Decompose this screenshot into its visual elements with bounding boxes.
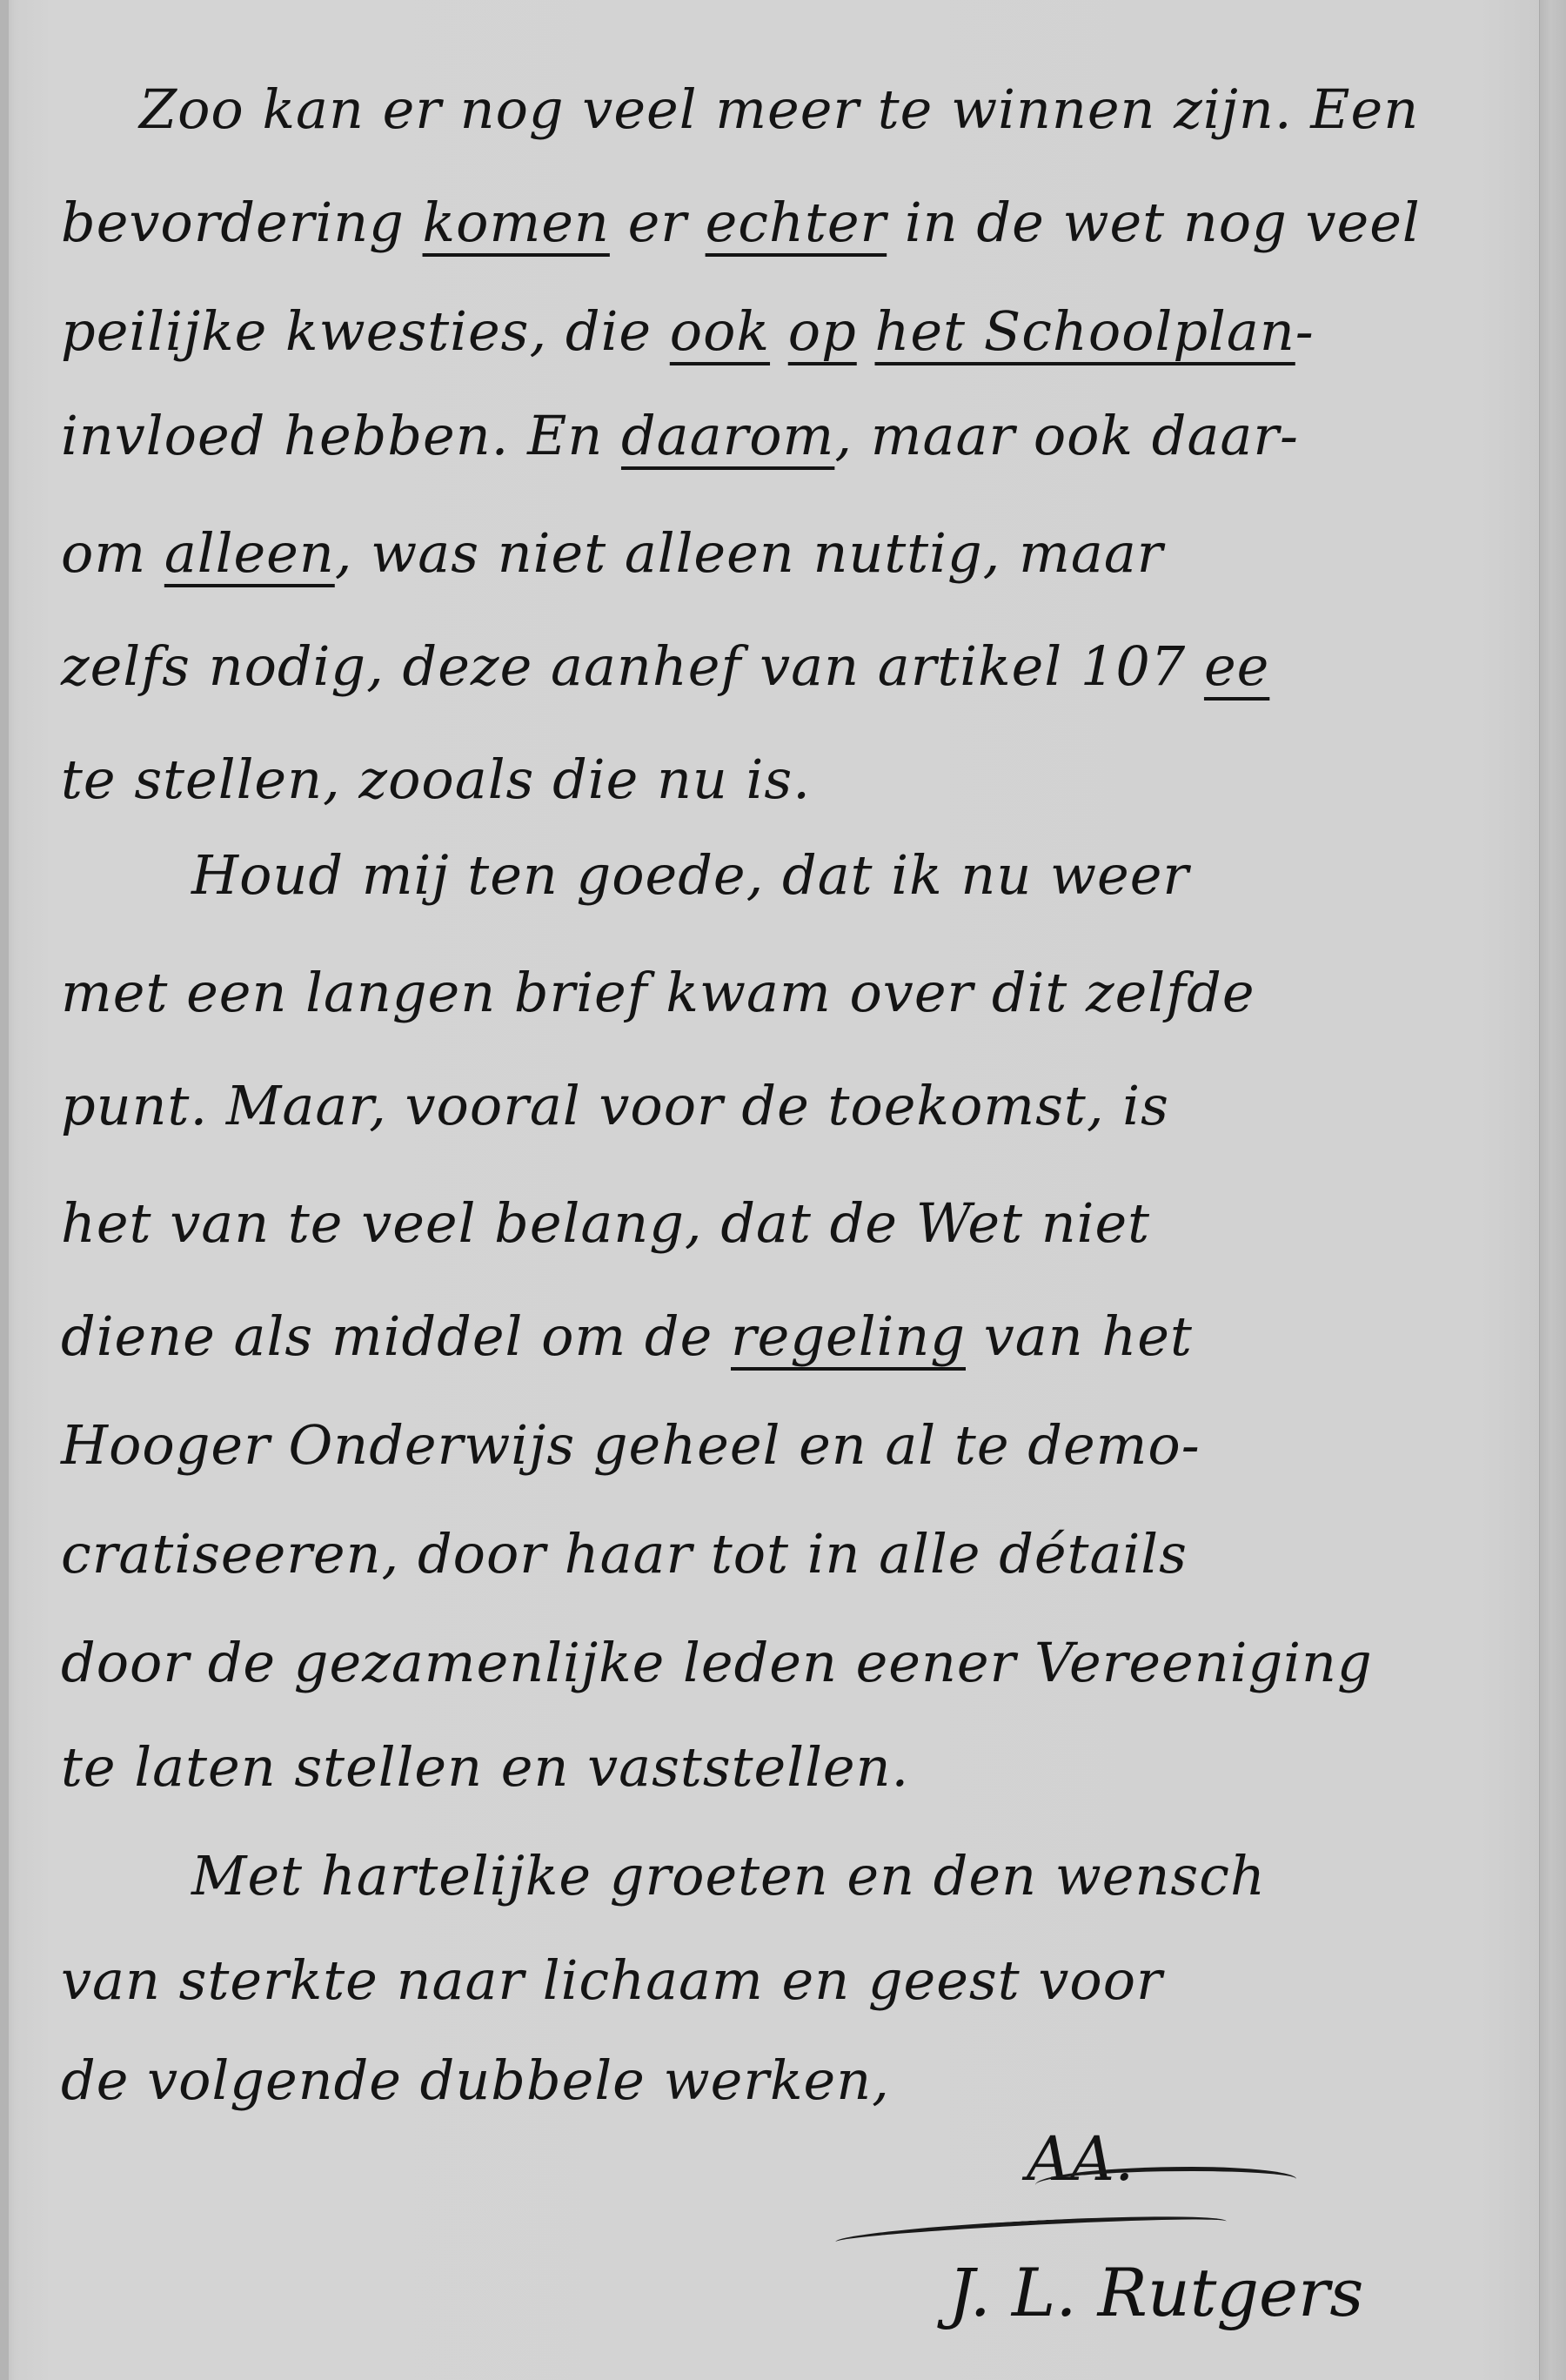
underlined-word: regeling <box>731 1304 966 1368</box>
text-segment <box>770 299 788 363</box>
signature-overline <box>835 2210 1228 2253</box>
text-segment: zelfs nodig, deze aanhef van artikel 107 <box>61 634 1204 698</box>
text-segment: te stellen, zooals die nu is. <box>61 748 811 811</box>
letter-line-6: zelfs nodig, deze aanhef van artikel 107… <box>61 640 1488 694</box>
underlined-word: ook <box>670 299 770 363</box>
letter-line-7: te stellen, zooals die nu is. <box>61 753 1488 807</box>
page-right-edge <box>1539 0 1566 2380</box>
letter-line-13: Hooger Onderwijs geheel en al te demo- <box>61 1418 1488 1472</box>
underlined-word: echter <box>706 191 887 254</box>
text-segment: om <box>61 521 164 585</box>
letter-line-11: het van te veel belang, dat de Wet niet <box>61 1197 1488 1250</box>
text-segment: , was niet alleen nuttig, maar <box>335 521 1164 585</box>
closing-line-3: de volgende dubbele werken, <box>61 2054 1488 2108</box>
underlined-word: komen <box>423 191 610 254</box>
closing-line-2: van sterkte naar lichaam en geest voor <box>61 1954 1488 2008</box>
underlined-word: alleen <box>164 521 335 585</box>
letter-line-14: cratiseeren, door haar tot in alle détai… <box>61 1527 1488 1581</box>
text-segment <box>857 299 875 363</box>
text-segment: er <box>610 191 706 254</box>
text-segment: bevordering <box>61 191 423 254</box>
underlined-word: op <box>788 299 857 363</box>
text-segment: peilijke kwesties, die <box>61 299 670 363</box>
closing-line-1: Met hartelijke groeten en den wensch <box>191 1849 1566 1903</box>
underlined-word: ee <box>1204 634 1269 698</box>
letter-page: Zoo kan er nog veel meer te winnen zijn.… <box>0 0 1540 2380</box>
page-left-edge <box>0 0 9 2380</box>
text-segment: van het <box>966 1304 1193 1368</box>
letter-line-3: peilijke kwesties, die ook op het School… <box>61 305 1488 359</box>
text-segment: diene als middel om de <box>61 1304 731 1368</box>
letter-line-10: punt. Maar, vooral voor de toekomst, is <box>61 1079 1488 1133</box>
letter-line-15: door de gezamenlijke leden eener Vereeni… <box>61 1636 1488 1690</box>
underlined-word: het Schoolplan <box>874 299 1295 363</box>
text-segment: , maar ook daar- <box>834 404 1299 467</box>
letter-line-2: bevordering komen er echter in de wet no… <box>61 196 1488 250</box>
text-segment: - <box>1295 299 1315 363</box>
letter-line-12: diene als middel om de regeling van het <box>61 1310 1488 1364</box>
signature: J. L. Rutgers <box>948 2254 1363 2331</box>
text-segment: invloed hebben. En <box>61 404 621 467</box>
letter-line-5: om alleen, was niet alleen nuttig, maar <box>61 526 1488 580</box>
underlined-word: daarom <box>621 404 834 467</box>
text-segment: in de wet nog veel <box>887 191 1421 254</box>
text-segment: Zoo kan er nog veel meer te winnen zijn.… <box>139 77 1419 141</box>
letter-line-8: Houd mij ten goede, dat ik nu weer <box>191 848 1566 902</box>
letter-line-1: Zoo kan er nog veel meer te winnen zijn.… <box>139 83 1566 137</box>
letter-line-4: invloed hebben. En daarom, maar ook daar… <box>61 409 1488 463</box>
letter-line-9: met een langen brief kwam over dit zelfd… <box>61 966 1488 1020</box>
letter-line-16: te laten stellen en vaststellen. <box>61 1740 1488 1794</box>
